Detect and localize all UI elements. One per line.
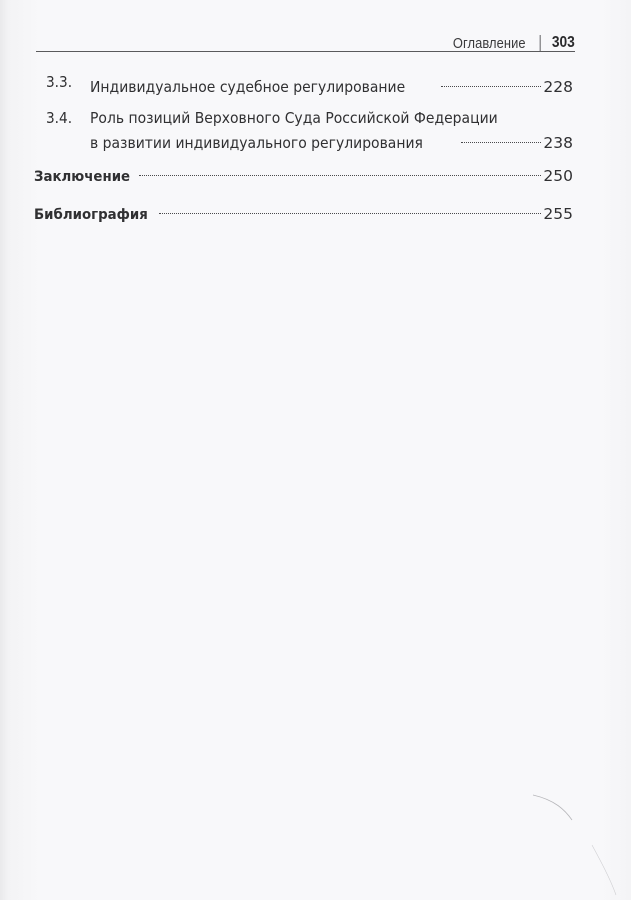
running-header: Оглавление 303 xyxy=(453,34,575,52)
toc-entry-page: 228 xyxy=(543,77,573,97)
book-page: Оглавление 303 3.3. Индивидуальное судеб… xyxy=(0,0,631,900)
toc-entry-number: 3.3. xyxy=(46,72,72,92)
header-separator xyxy=(540,35,541,51)
toc-entry-title-line-1: Роль позиций Верховного Суда Российской … xyxy=(90,108,498,128)
toc-entry-title: Библиография xyxy=(34,205,148,225)
running-header-title: Оглавление xyxy=(453,35,526,52)
dot-leader xyxy=(461,128,541,148)
toc-entry-number: 3.4. xyxy=(46,108,72,128)
header-rule xyxy=(36,51,575,52)
toc-entry-title: Заключение xyxy=(34,167,130,187)
toc-entry-page: 238 xyxy=(543,133,573,153)
dot-leader xyxy=(139,161,541,181)
page-number: 303 xyxy=(552,34,575,52)
toc-entry-title-line-2: в развитии индивидуального регулирования xyxy=(90,133,423,153)
toc-entry-page: 250 xyxy=(543,166,573,186)
dot-leader xyxy=(441,72,541,92)
toc-entry-title: Индивидуальное судебное регулирование xyxy=(90,77,405,97)
toc-entry-page: 255 xyxy=(543,204,573,224)
dot-leader xyxy=(159,199,542,219)
